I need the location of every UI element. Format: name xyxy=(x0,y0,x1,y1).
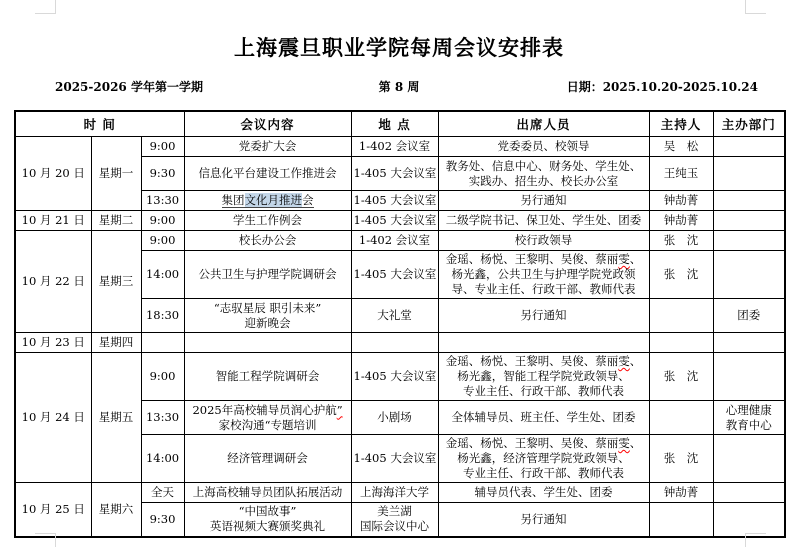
cell-text: 导、专业主任、行政干部、教师代表 xyxy=(452,282,636,296)
host-cell: 钟劼菁 xyxy=(649,191,713,211)
cell-text: 金瑶、杨悦、王黎明、吴俊、蔡丽 xyxy=(446,436,619,450)
meeting-content-cell: “志驭星辰 职引未来”迎新晚会 xyxy=(184,299,351,333)
host-cell: 张 沈 xyxy=(649,231,713,251)
time-cell: 18:30 xyxy=(141,299,184,333)
location-cell: 1-405 大会议室 xyxy=(351,435,438,483)
cell-text: 家校沟通“专题培训 xyxy=(219,418,317,432)
schedule-row: 10 月 21 日星期二9:00学生工作例会1-405 大会议室二级学院书记、保… xyxy=(15,211,785,231)
page-margin-corner-top-left xyxy=(35,0,56,14)
location-cell: 美兰湖国际会议中心 xyxy=(351,503,438,537)
time-cell: 全天 xyxy=(141,483,184,503)
weekday-cell: 星期二 xyxy=(91,211,141,231)
cell-text: 1-405 大会议室 xyxy=(354,369,437,383)
date-cell: 10 月 21 日 xyxy=(15,211,91,231)
proof-marked-text: 雯 xyxy=(618,354,630,368)
cell-text: 经济管理调研会 xyxy=(227,451,308,465)
host-cell: 王纯玉 xyxy=(649,157,713,191)
time-cell: 9:00 xyxy=(141,231,184,251)
host-cell: 吴 松 xyxy=(649,137,713,157)
time-cell: 13:30 xyxy=(141,401,184,435)
date-cell: 10 月 20 日 xyxy=(15,137,91,211)
cell-text: 二级学院书记、保卫处、学生处、团委 xyxy=(446,213,642,227)
cell-text: 教育中心 xyxy=(726,418,772,432)
cell-text: 杨光鑫，公共卫生与护理学院党政领 xyxy=(452,267,636,281)
weekday-cell: 星期五 xyxy=(91,353,141,483)
department-cell: 心理健康教育中心 xyxy=(713,401,785,435)
cell-text: 迎新晚会 xyxy=(245,316,291,330)
schedule-table: 时 间 会议内容 地 点 出席人员 主持人 主办部门 10 月 20 日星期一9… xyxy=(14,110,786,538)
department-cell xyxy=(713,333,785,353)
meeting-content-cell: 智能工程学院调研会 xyxy=(184,353,351,401)
meeting-content-cell: 2025年高校辅导员润心护航”家校沟通“专题培训 xyxy=(184,401,351,435)
proof-marked-text: 集团 xyxy=(222,193,245,208)
cell-text: 实践办、招生办、校长办公室 xyxy=(469,174,619,188)
cell-text: 教务处、信息中心、财务处、学生处、 xyxy=(446,159,642,173)
cell-text: 金瑶、杨悦、王黎明、吴俊、蔡丽 xyxy=(446,252,619,266)
cell-text: 智能工程学院调研会 xyxy=(216,369,320,383)
time-cell: 13:30 xyxy=(141,191,184,211)
meeting-content-cell: 党委扩大会 xyxy=(184,137,351,157)
attendees-cell: 二级学院书记、保卫处、学生处、团委 xyxy=(438,211,649,231)
column-header-department: 主办部门 xyxy=(713,111,785,137)
host-cell: 张 沈 xyxy=(649,251,713,299)
department-cell xyxy=(713,353,785,401)
department-cell: 团委 xyxy=(713,299,785,333)
cell-text: 2025年高校辅导员润心护航 xyxy=(192,403,336,417)
schedule-row: 10 月 23 日星期四 xyxy=(15,333,785,353)
cell-text: 团委 xyxy=(737,308,760,322)
attendees-cell: 全体辅导员、班主任、学生处、团委 xyxy=(438,401,649,435)
cell-text: 专业主任、行政干部、教师代表 xyxy=(463,466,624,480)
semester-label: 2025-2026 学年第一学期 xyxy=(55,78,203,95)
schedule-body: 10 月 20 日星期一9:00党委扩大会1-402 会议室党委委员、校领导吴 … xyxy=(15,137,785,537)
cell-text: 1-405 大会议室 xyxy=(354,267,437,281)
weekday-cell: 星期一 xyxy=(91,137,141,211)
time-cell: 9:30 xyxy=(141,503,184,537)
cell-text: 国际会议中心 xyxy=(360,519,429,533)
date-cell: 10 月 25 日 xyxy=(15,483,91,537)
column-header-attendees: 出席人员 xyxy=(438,111,649,137)
attendees-cell: 金瑶、杨悦、王黎明、吴俊、蔡丽雯、杨光鑫，智能工程学院党政领导、专业主任、行政干… xyxy=(438,353,649,401)
schedule-row: 10 月 25 日星期六全天上海高校辅导员团队拓展活动上海海洋大学辅导员代表、学… xyxy=(15,483,785,503)
cell-text: 英语视频大赛颁奖典礼 xyxy=(210,519,325,533)
cell-text: 校长办公会 xyxy=(239,233,297,247)
schedule-row: 10 月 22 日星期三9:00校长办公会1-402 会议室校行政领导张 沈 xyxy=(15,231,785,251)
cell-text: 1-405 大会议室 xyxy=(354,193,437,207)
department-cell xyxy=(713,211,785,231)
department-cell xyxy=(713,483,785,503)
location-cell: 小剧场 xyxy=(351,401,438,435)
cell-text: 1-405 大会议室 xyxy=(354,451,437,465)
attendees-cell xyxy=(438,333,649,353)
host-cell xyxy=(649,503,713,537)
document-meta-row: 2025-2026 学年第一学期 第 8 周 日期：2025.10.20-202… xyxy=(0,78,798,96)
meeting-content-cell xyxy=(184,333,351,353)
location-cell: 1-405 大会议室 xyxy=(351,157,438,191)
attendees-cell: 校行政领导 xyxy=(438,231,649,251)
cell-text: 另行通知 xyxy=(521,193,567,207)
cell-text: 上海高校辅导员团队拓展活动 xyxy=(193,485,343,499)
meeting-content-cell: “中国故事”英语视频大赛颁奖典礼 xyxy=(184,503,351,537)
location-cell: 1-405 大会议室 xyxy=(351,211,438,231)
page-title: 上海震旦职业学院每周会议安排表 xyxy=(0,32,798,62)
page-margin-corner-top-right xyxy=(745,0,766,14)
proof-marked-text: 雯 xyxy=(618,436,630,450)
location-cell: 1-402 会议室 xyxy=(351,137,438,157)
attendees-cell: 另行通知 xyxy=(438,299,649,333)
time-cell: 9:30 xyxy=(141,157,184,191)
time-cell: 14:00 xyxy=(141,435,184,483)
week-number-label: 第 8 周 xyxy=(379,78,420,95)
header-row: 时 间 会议内容 地 点 出席人员 主持人 主办部门 xyxy=(15,111,785,137)
cell-text: 杨光鑫，经济管理学院党政领导、 xyxy=(457,451,630,465)
attendees-cell: 金瑶、杨悦、王黎明、吴俊、蔡丽雯、杨光鑫，经济管理学院党政领导、专业主任、行政干… xyxy=(438,435,649,483)
cell-text: 1-405 大会议室 xyxy=(354,166,437,180)
cell-text: 公共卫生与护理学院调研会 xyxy=(199,267,337,281)
department-cell xyxy=(713,231,785,251)
cell-text: 上海海洋大学 xyxy=(360,485,429,499)
time-cell: 9:00 xyxy=(141,211,184,231)
column-header-host: 主持人 xyxy=(649,111,713,137)
cell-text: 1-402 会议室 xyxy=(359,233,430,247)
cell-text: 小剧场 xyxy=(377,410,412,424)
location-cell: 1-402 会议室 xyxy=(351,231,438,251)
location-cell: 1-405 大会议室 xyxy=(351,353,438,401)
cell-text: 党委扩大会 xyxy=(239,139,297,153)
meeting-content-cell: 经济管理调研会 xyxy=(184,435,351,483)
date-cell: 10 月 23 日 xyxy=(15,333,91,353)
cell-text: 校行政领导 xyxy=(515,233,573,247)
cell-text: 辅导员代表、学生处、团委 xyxy=(475,485,613,499)
column-header-time: 时 间 xyxy=(15,111,184,137)
location-cell: 上海海洋大学 xyxy=(351,483,438,503)
date-cell: 10 月 22 日 xyxy=(15,231,91,333)
cell-text: 美兰湖 xyxy=(377,504,412,518)
cell-text: 杨光鑫，智能工程学院党政领导、 xyxy=(457,369,630,383)
cell-text: 另行通知 xyxy=(521,308,567,322)
schedule-row: 10 月 24 日星期五9:00智能工程学院调研会1-405 大会议室金瑶、杨悦… xyxy=(15,353,785,401)
meeting-content-cell: 校长办公会 xyxy=(184,231,351,251)
weekday-cell: 星期六 xyxy=(91,483,141,537)
cell-text: “中国故事” xyxy=(239,504,297,518)
department-cell xyxy=(713,157,785,191)
date-range-label: 日期：2025.10.20-2025.10.24 xyxy=(567,78,758,95)
time-cell: 9:00 xyxy=(141,137,184,157)
host-cell xyxy=(649,401,713,435)
department-cell xyxy=(713,191,785,211)
proof-marked-text: 会 xyxy=(302,193,314,208)
time-cell xyxy=(141,333,184,353)
meeting-content-cell: 学生工作例会 xyxy=(184,211,351,231)
cell-text: 全体辅导员、班主任、学生处、团委 xyxy=(452,410,636,424)
department-cell xyxy=(713,435,785,483)
attendees-cell: 另行通知 xyxy=(438,503,649,537)
attendees-cell: 金瑶、杨悦、王黎明、吴俊、蔡丽雯、杨光鑫，公共卫生与护理学院党政领导、专业主任、… xyxy=(438,251,649,299)
cell-text: 大礼堂 xyxy=(377,308,412,322)
column-header-location: 地 点 xyxy=(351,111,438,137)
cell-text: 1-405 大会议室 xyxy=(354,213,437,227)
schedule-row: 10 月 20 日星期一9:00党委扩大会1-402 会议室党委委员、校领导吴 … xyxy=(15,137,785,157)
cell-text: 、 xyxy=(630,354,642,368)
cell-text: 信息化平台建设工作推进会 xyxy=(199,166,337,180)
cell-text: 另行通知 xyxy=(521,512,567,526)
attendees-cell: 另行通知 xyxy=(438,191,649,211)
cell-text: 学生工作例会 xyxy=(233,213,302,227)
time-cell: 9:00 xyxy=(141,353,184,401)
meeting-content-cell: 公共卫生与护理学院调研会 xyxy=(184,251,351,299)
cell-text: “志驭星辰 职引未来” xyxy=(214,301,321,315)
department-cell xyxy=(713,137,785,157)
cell-text: 专业主任、行政干部、教师代表 xyxy=(463,384,624,398)
attendees-cell: 教务处、信息中心、财务处、学生处、实践办、招生办、校长办公室 xyxy=(438,157,649,191)
cell-text: 党委委员、校领导 xyxy=(498,139,590,153)
location-cell xyxy=(351,333,438,353)
column-header-content: 会议内容 xyxy=(184,111,351,137)
page-margin-corner-bottom-left xyxy=(35,533,56,547)
attendees-cell: 党委委员、校领导 xyxy=(438,137,649,157)
cell-text: 1-402 会议室 xyxy=(359,139,430,153)
host-cell: 张 沈 xyxy=(649,353,713,401)
meeting-content-cell: 上海高校辅导员团队拓展活动 xyxy=(184,483,351,503)
department-cell xyxy=(713,503,785,537)
time-cell: 14:00 xyxy=(141,251,184,299)
host-cell: 钟劼菁 xyxy=(649,483,713,503)
location-cell: 1-405 大会议室 xyxy=(351,191,438,211)
location-cell: 1-405 大会议室 xyxy=(351,251,438,299)
location-cell: 大礼堂 xyxy=(351,299,438,333)
cell-text: 金瑶、杨悦、王黎明、吴俊、蔡丽 xyxy=(446,354,619,368)
weekday-cell: 星期四 xyxy=(91,333,141,353)
proof-marked-text: 文化月推进 xyxy=(245,193,303,208)
cell-text: 、 xyxy=(630,436,642,450)
page-margin-corner-bottom-right xyxy=(745,533,766,547)
host-cell: 张 沈 xyxy=(649,435,713,483)
attendees-cell: 辅导员代表、学生处、团委 xyxy=(438,483,649,503)
meeting-content-cell: 集团文化月推进会 xyxy=(184,191,351,211)
host-cell xyxy=(649,333,713,353)
host-cell xyxy=(649,299,713,333)
host-cell: 钟劼菁 xyxy=(649,211,713,231)
department-cell xyxy=(713,251,785,299)
date-cell: 10 月 24 日 xyxy=(15,353,91,483)
meeting-content-cell: 信息化平台建设工作推进会 xyxy=(184,157,351,191)
weekday-cell: 星期三 xyxy=(91,231,141,333)
cell-text: 心理健康 xyxy=(726,403,772,417)
proof-marked-text: ” xyxy=(337,403,343,417)
cell-text: 、 xyxy=(630,252,642,266)
proof-marked-text: 雯 xyxy=(618,252,630,266)
